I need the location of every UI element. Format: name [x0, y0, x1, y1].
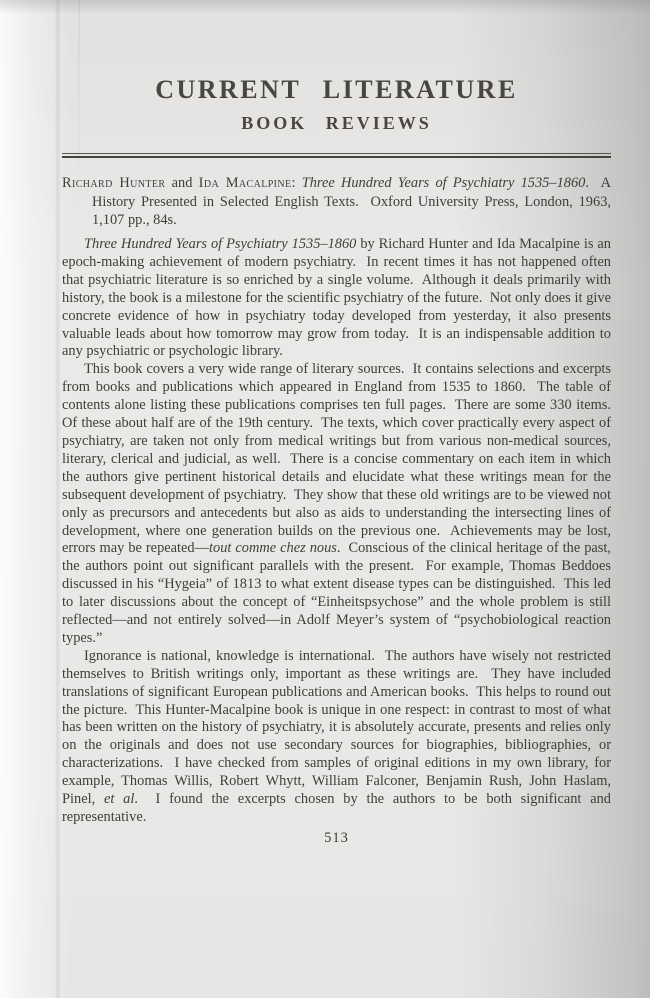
page-number: 513 — [62, 830, 611, 847]
divider-rule — [62, 153, 611, 158]
scanned-book-page: CURRENT LITERATURE BOOK REVIEWS Richard … — [0, 0, 650, 998]
paragraph: Three Hundred Years of Psychiatry 1535–1… — [62, 236, 611, 361]
page-title: CURRENT LITERATURE — [62, 76, 611, 105]
review-body: Three Hundred Years of Psychiatry 1535–1… — [62, 236, 611, 827]
paragraph: This book covers a very wide range of li… — [62, 361, 611, 648]
book-citation: Richard Hunter and Ida Macalpine: Three … — [62, 174, 611, 229]
page-subtitle: BOOK REVIEWS — [62, 114, 611, 134]
text-column: CURRENT LITERATURE BOOK REVIEWS Richard … — [62, 0, 611, 847]
paragraph: Ignorance is national, knowledge is inte… — [62, 648, 611, 827]
